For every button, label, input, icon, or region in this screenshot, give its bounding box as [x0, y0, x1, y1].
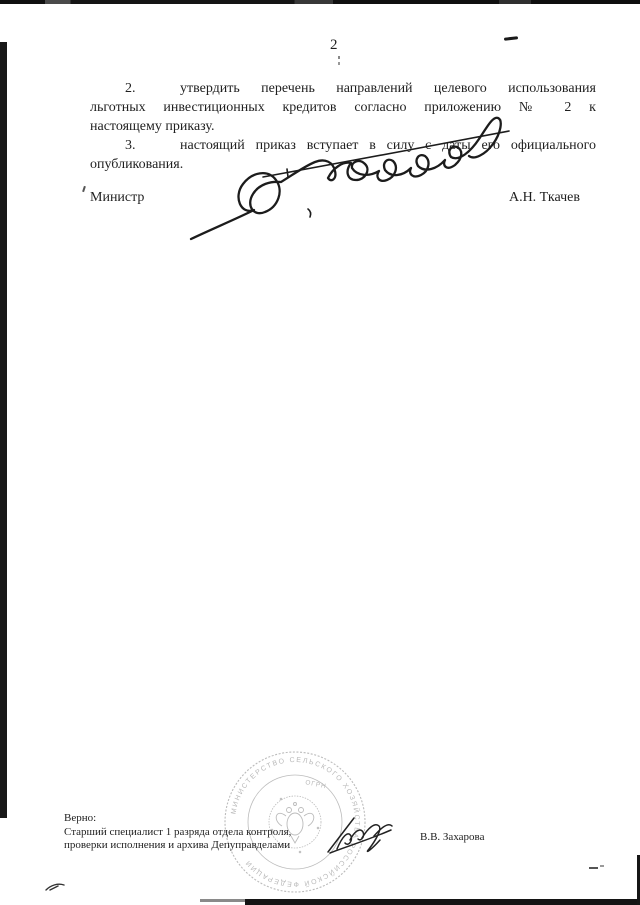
- paragraph-2-marker: 2.: [125, 79, 180, 98]
- paragraph-3-marker: 3.: [125, 136, 180, 155]
- signature-row: Министр А.Н. Ткачев: [90, 190, 580, 206]
- certification-line-2: проверки исполнения и архива Депуправдел…: [64, 839, 291, 853]
- document-body: 2. утвердить перечень направлений целево…: [90, 79, 596, 174]
- minister-title: Министр: [90, 190, 144, 206]
- certification-line-1: Старший специалист 1 разряда отдела конт…: [64, 826, 291, 840]
- minister-name: А.Н. Ткачев: [509, 190, 580, 206]
- paragraph-2-line-3: настоящему приказу.: [90, 117, 596, 136]
- paragraph-3-line-2: опубликования.: [90, 155, 596, 174]
- paragraph-3-line-1: 3. настоящий приказ вступает в силу с да…: [90, 136, 596, 155]
- paragraph-3-text: настоящий приказ вступает в силу с даты …: [180, 136, 596, 155]
- paragraph-2-line-1: 2. утвердить перечень направлений целево…: [90, 79, 596, 98]
- paragraph-2-text: утвердить перечень направлений целевого …: [180, 79, 596, 98]
- seal-ogrn-text: ОГРН: [305, 779, 328, 790]
- certification-block: Верно: Старший специалист 1 разряда отде…: [64, 812, 291, 853]
- paragraph-2-line-2: льготных инвестиционных кредитов согласн…: [90, 98, 596, 117]
- certifier-name: В.В. Захарова: [420, 831, 485, 843]
- certification-label: Верно:: [64, 812, 291, 826]
- scanned-page: МИНИСТЕРСТВО СЕЛЬСКОГО ХОЗЯЙСТВА РОССИЙС…: [0, 0, 640, 905]
